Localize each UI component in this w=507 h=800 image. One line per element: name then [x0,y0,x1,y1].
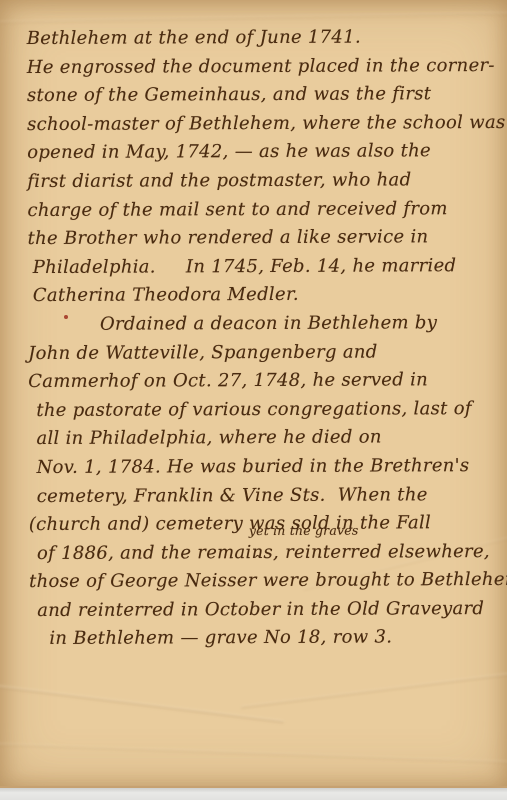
manuscript-line: those of George Neisser were brought to … [29,566,498,597]
manuscript-line: opened in May, 1742, — as he was also th… [27,137,496,168]
manuscript-paper: Bethlehem at the end of June 1741. He en… [0,0,507,788]
manuscript-line: the pastorate of various congregations, … [28,395,497,426]
manuscript-line: cemetery, Franklin & Vine Sts. When the [29,480,498,511]
manuscript-line: Catherina Theodora Medler. [28,280,497,311]
insertion-text-before: of 1886, and the remains, [37,542,279,564]
manuscript-line: Ordained a deacon in Bethlehem by [28,309,497,340]
paper-crease [241,670,507,708]
background-below-paper [0,788,507,800]
manuscript-line: charge of the mail sent to and received … [27,195,496,226]
manuscript-line: Bethlehem at the end of June 1741. [27,23,496,54]
manuscript-line: all in Philadelphia, where he died on [28,423,497,454]
insertion-caret-icon: ^ [245,554,263,565]
manuscript-line: Cammerhof on Oct. 27, 1748, he served in [28,366,497,397]
manuscript-line: first diarist and the postmaster, who ha… [27,166,496,197]
manuscript-line: stone of the Gemeinhaus, and was the fir… [27,80,496,111]
manuscript-text-block: Bethlehem at the end of June 1741. He en… [27,23,499,654]
paper-crease [0,684,284,724]
manuscript-line: in Bethlehem — grave No 18, row 3. [29,623,498,654]
interline-insertion: yet in the graves [241,524,359,537]
manuscript-line-with-insertion: of 1886, and the remains, reinterred els… [29,538,498,569]
paper-crease [0,743,507,765]
insertion-text-after: reinterred elsewhere, [279,541,490,563]
manuscript-line: school-master of Bethlehem, where the sc… [27,109,496,140]
manuscript-line: and reinterred in October in the Old Gra… [29,595,498,626]
manuscript-line: He engrossed the document placed in the … [27,52,496,83]
manuscript-line: John de Watteville, Spangenberg and [28,338,497,369]
paper-crease [0,11,507,23]
manuscript-line: the Brother who rendered a like service … [28,223,497,254]
manuscript-line: Nov. 1, 1784. He was buried in the Breth… [29,452,498,483]
manuscript-line: Philadelphia. In 1745, Feb. 14, he marri… [28,252,497,283]
